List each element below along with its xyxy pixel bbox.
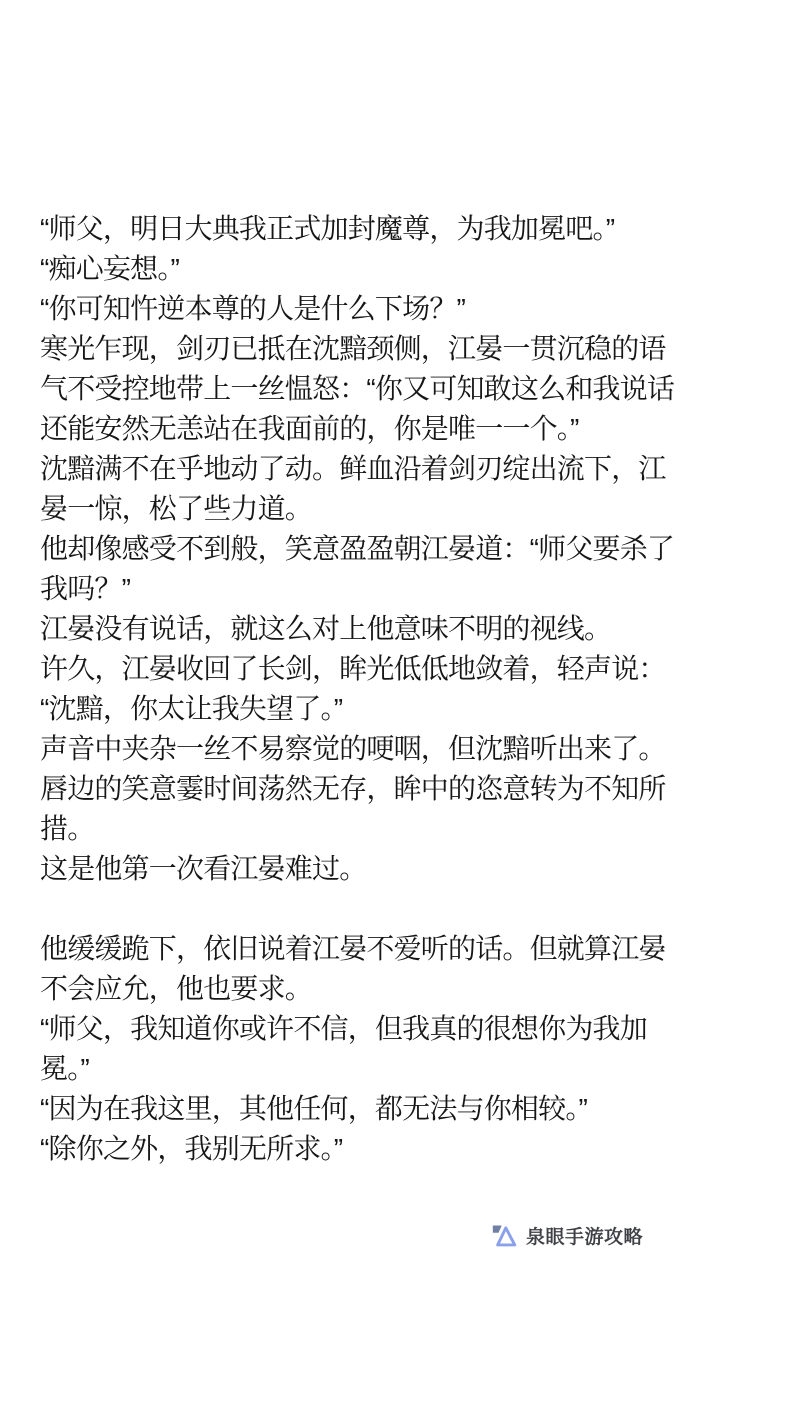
text-line: “师父，明日大典我正式加封魔尊，为我加冕吧。” [40,209,760,249]
text-line: “沈黯，你太让我失望了。” [40,689,760,729]
text-line: 措。 [40,809,760,849]
text-line: 气不受控地带上一丝愠怒：“你又可知敢这么和我说话 [40,369,760,409]
text-line: 声音中夹杂一丝不易察觉的哽咽，但沈黯听出来了。 [40,729,760,769]
text-line: 沈黯满不在乎地动了动。鲜血沿着剑刃绽出流下，江 [40,449,760,489]
text-line: “师父，我知道你或许不信，但我真的很想你为我加 [40,1009,760,1049]
text-line: 冕。” [40,1049,760,1089]
text-line: 寒光乍现，剑刃已抵在沈黯颈侧，江晏一贯沉稳的语 [40,329,760,369]
text-line: 他缓缓跪下，依旧说着江晏不爱听的话。但就算江晏 [40,929,760,969]
page: “师父，明日大典我正式加封魔尊，为我加冕吧。” “痴心妄想。” “你可知忤逆本尊… [0,0,800,1422]
text-line: 晏一惊，松了些力道。 [40,489,760,529]
text-line: “因为在我这里，其他任何，都无法与你相较。” [40,1089,760,1129]
text-line: 江晏没有说话，就这么对上他意味不明的视线。 [40,609,760,649]
text-line: 我吗？” [40,569,760,609]
text-line: “痴心妄想。” [40,249,760,289]
watermark-text: 泉眼手游攻略 [526,1222,643,1249]
text-line: 还能安然无恙站在我面前的，你是唯一一个。” [40,409,760,449]
text-line: 不会应允，他也要求。 [40,969,760,1009]
text-line: 这是他第一次看江晏难过。 [40,849,760,889]
text-line: 唇边的笑意霎时间荡然无存，眸中的恣意转为不知所 [40,769,760,809]
text-line: 他却像感受不到般，笑意盈盈朝江晏道：“师父要杀了 [40,529,760,569]
text-line: 许久，江晏收回了长剑，眸光低低地敛着，轻声说： [40,649,760,689]
text-line-blank [40,889,760,929]
text-line: “除你之外，我别无所求。” [40,1129,760,1169]
triangle-mountain-logo-icon [492,1223,518,1249]
story-text: “师父，明日大典我正式加封魔尊，为我加冕吧。” “痴心妄想。” “你可知忤逆本尊… [40,209,760,1169]
text-line: “你可知忤逆本尊的人是什么下场？” [40,289,760,329]
watermark: 泉眼手游攻略 [492,1222,643,1249]
